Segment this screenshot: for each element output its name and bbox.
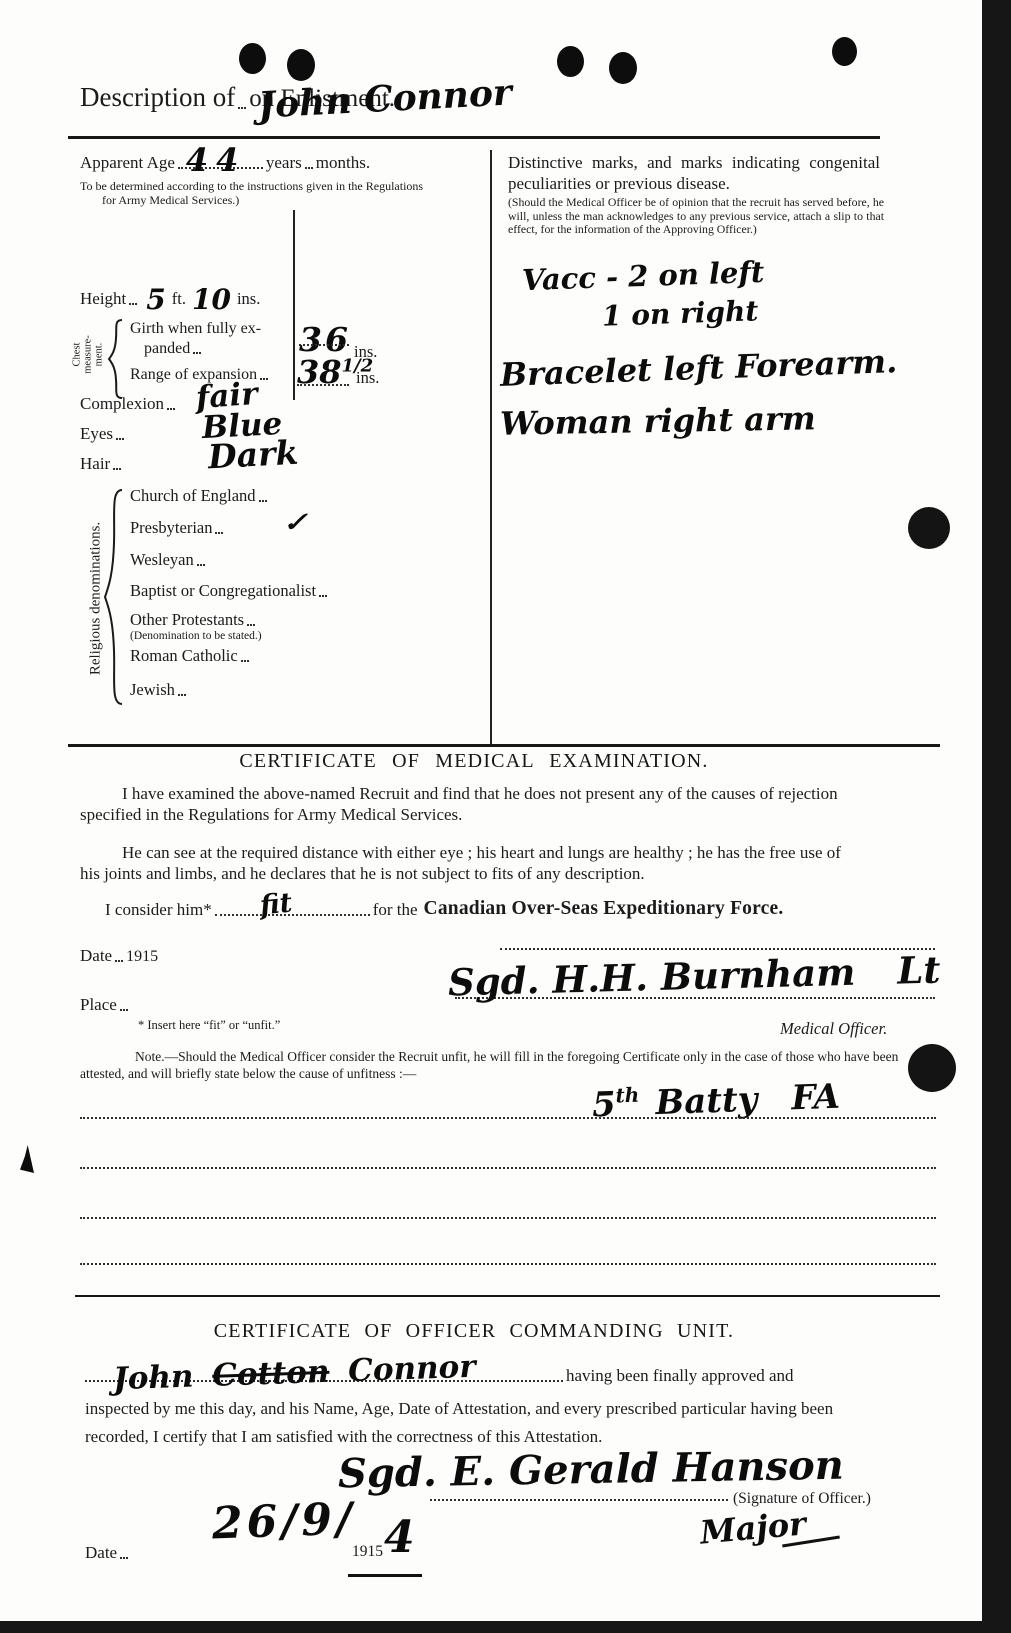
date-label: Date [80,946,112,966]
apparent-age-row: Apparent Age 44 years months. [80,153,458,173]
fit-value-handwritten: fit [258,889,293,919]
medical-place-row: Place [80,995,452,1015]
ins-unit-label: ins. [237,289,260,309]
header-title-left: Description of [80,82,235,113]
form-header: Description of John Connor on Enlistment… [80,82,878,113]
consider-label: I consider him* [105,900,212,920]
girth-value-handwritten: 36 [299,323,351,356]
eyes-label: Eyes [80,424,113,444]
oc-date-year-overwrite-handwritten: 4 [384,1516,415,1560]
consider-him-row: I consider him* fit for the Canadian Ove… [105,898,783,920]
fit-blank: fit [215,914,370,916]
unit-handwritten: 5thBattyFA [591,1078,840,1123]
girth-row: panded [130,340,292,358]
blank-line [80,1263,936,1265]
for-the-label: for the [373,900,418,920]
girth-label-line2: panded [130,340,190,358]
height-feet-handwritten: 5 [146,286,165,314]
height-label: Height [80,289,126,309]
months-label: months. [316,153,370,173]
oc-line2: inspected by me this day, and his Name, … [85,1398,937,1419]
oc-signature-handwritten: Sgd. E. Gerald Hanson [338,1446,844,1495]
distinctive-marks-note: (Should the Medical Officer be of opinio… [508,196,884,237]
religion-row-church-of-england: Church of England [130,486,460,506]
marks-handwritten-line3: Bracelet left Forearm. [500,345,898,391]
apparent-age-label: Apparent Age [80,153,175,173]
hair-value-handwritten: Dark [207,436,299,474]
height-inches-handwritten: 10 [192,286,231,314]
marks-handwritten-line2: 1 on right [602,297,759,330]
hole-punch-dot [287,49,315,81]
girth-label-line1: Girth when fully ex- [130,320,294,338]
medical-date-row: Date 1915 [80,946,472,966]
oc-signature-line [430,1499,728,1501]
religion-row-jewish: Jewish [130,680,460,700]
blank-line [80,1217,936,1219]
chest-brace [106,318,124,400]
religion-row-baptist: Baptist or Congregationalist [130,581,460,601]
years-label: years [266,153,302,173]
marks-handwritten-line4: Woman right arm [500,402,816,440]
place-label: Place [80,995,117,1015]
column-divider-line [490,150,492,745]
oc-date-year-printed: 1915 [352,1543,383,1561]
hole-punch-circle [908,507,950,549]
height-row: Height 5 ft. 10 ins. [80,281,460,309]
apparent-age-value-handwritten: 44 [186,144,247,176]
date-underline-stroke [348,1574,422,1577]
apparent-age-blank: 44 [178,167,263,169]
section-rule [68,744,940,747]
medical-officer-rank-handwritten: Lt [897,948,941,993]
marks-handwritten-line1: Vacc - 2 on left [522,258,765,295]
section-rule [75,1295,940,1297]
blank-line [80,1117,936,1119]
religion-row-roman-catholic: Roman Catholic [130,646,460,666]
hole-punch-dot [832,37,857,66]
header-rule [68,136,880,139]
religion-row-wesleyan: Wesleyan [130,550,460,570]
oc-date-label: Date [85,1543,117,1563]
presbyterian-check-mark: ✓ [280,510,311,536]
enlistment-description-form: Description of John Connor on Enlistment… [0,0,1011,1633]
scan-edge-band-bottom [0,1621,1011,1633]
hole-punch-dot [609,52,637,84]
oc-name-row: John Cotton Connor having been finally a… [85,1366,940,1386]
hole-punch-dot [557,46,584,77]
oc-recruit-name-handwritten: John Cotton Connor [113,1352,477,1396]
oc-approved-text: having been finally approved and [566,1366,794,1386]
religion-brace [102,488,124,706]
date-year-printed: 1915 [126,948,158,966]
scan-edge-band-right [982,0,1011,1633]
medical-officer-signature-handwritten: Sgd. H.H. BurnhamLt [448,952,941,1002]
range-unit-label: ins. [356,368,379,388]
other-protestants-note: (Denomination to be stated.) [130,630,262,642]
blank-line [80,1167,936,1169]
force-name-label: Canadian Over-Seas Expeditionary Force. [424,898,784,920]
complexion-label: Complexion [80,394,164,414]
religion-row-other-protestants: Other Protestants [130,610,460,630]
recruit-name-line: John Connor [238,107,246,109]
struck-middle-name: Cotton [212,1354,330,1394]
hole-punch-dot [239,43,266,74]
medical-paragraph-2: He can see at the required distance with… [80,842,928,884]
medical-certificate-title: CERTIFICATE OF MEDICAL EXAMINATION. [68,750,880,773]
officer-certificate-title: CERTIFICATE OF OFFICER COMMANDING UNIT. [68,1320,880,1343]
distinctive-marks-title: Distinctive marks, and marks indicating … [508,152,880,194]
chest-measurement-side-label: Chest measure- ment. [72,323,105,387]
hair-label: Hair [80,454,110,474]
medical-paragraph-1: I have examined the above-named Recruit … [80,783,928,825]
apparent-age-note: To be determined according to the instru… [80,180,480,207]
oc-name-line: John Cotton Connor [85,1380,563,1382]
ink-blot [20,1145,34,1173]
oc-date-handwritten: 26/9/ [211,1498,356,1547]
insert-fit-note: * Insert here “fit” or “unfit.” [138,1018,280,1033]
medical-officer-role-label: Medical Officer. [780,1019,887,1039]
medical-date-blank-line [500,948,935,950]
recruit-name-handwritten: John Connor [257,74,512,123]
ft-unit-label: ft. [172,289,186,309]
